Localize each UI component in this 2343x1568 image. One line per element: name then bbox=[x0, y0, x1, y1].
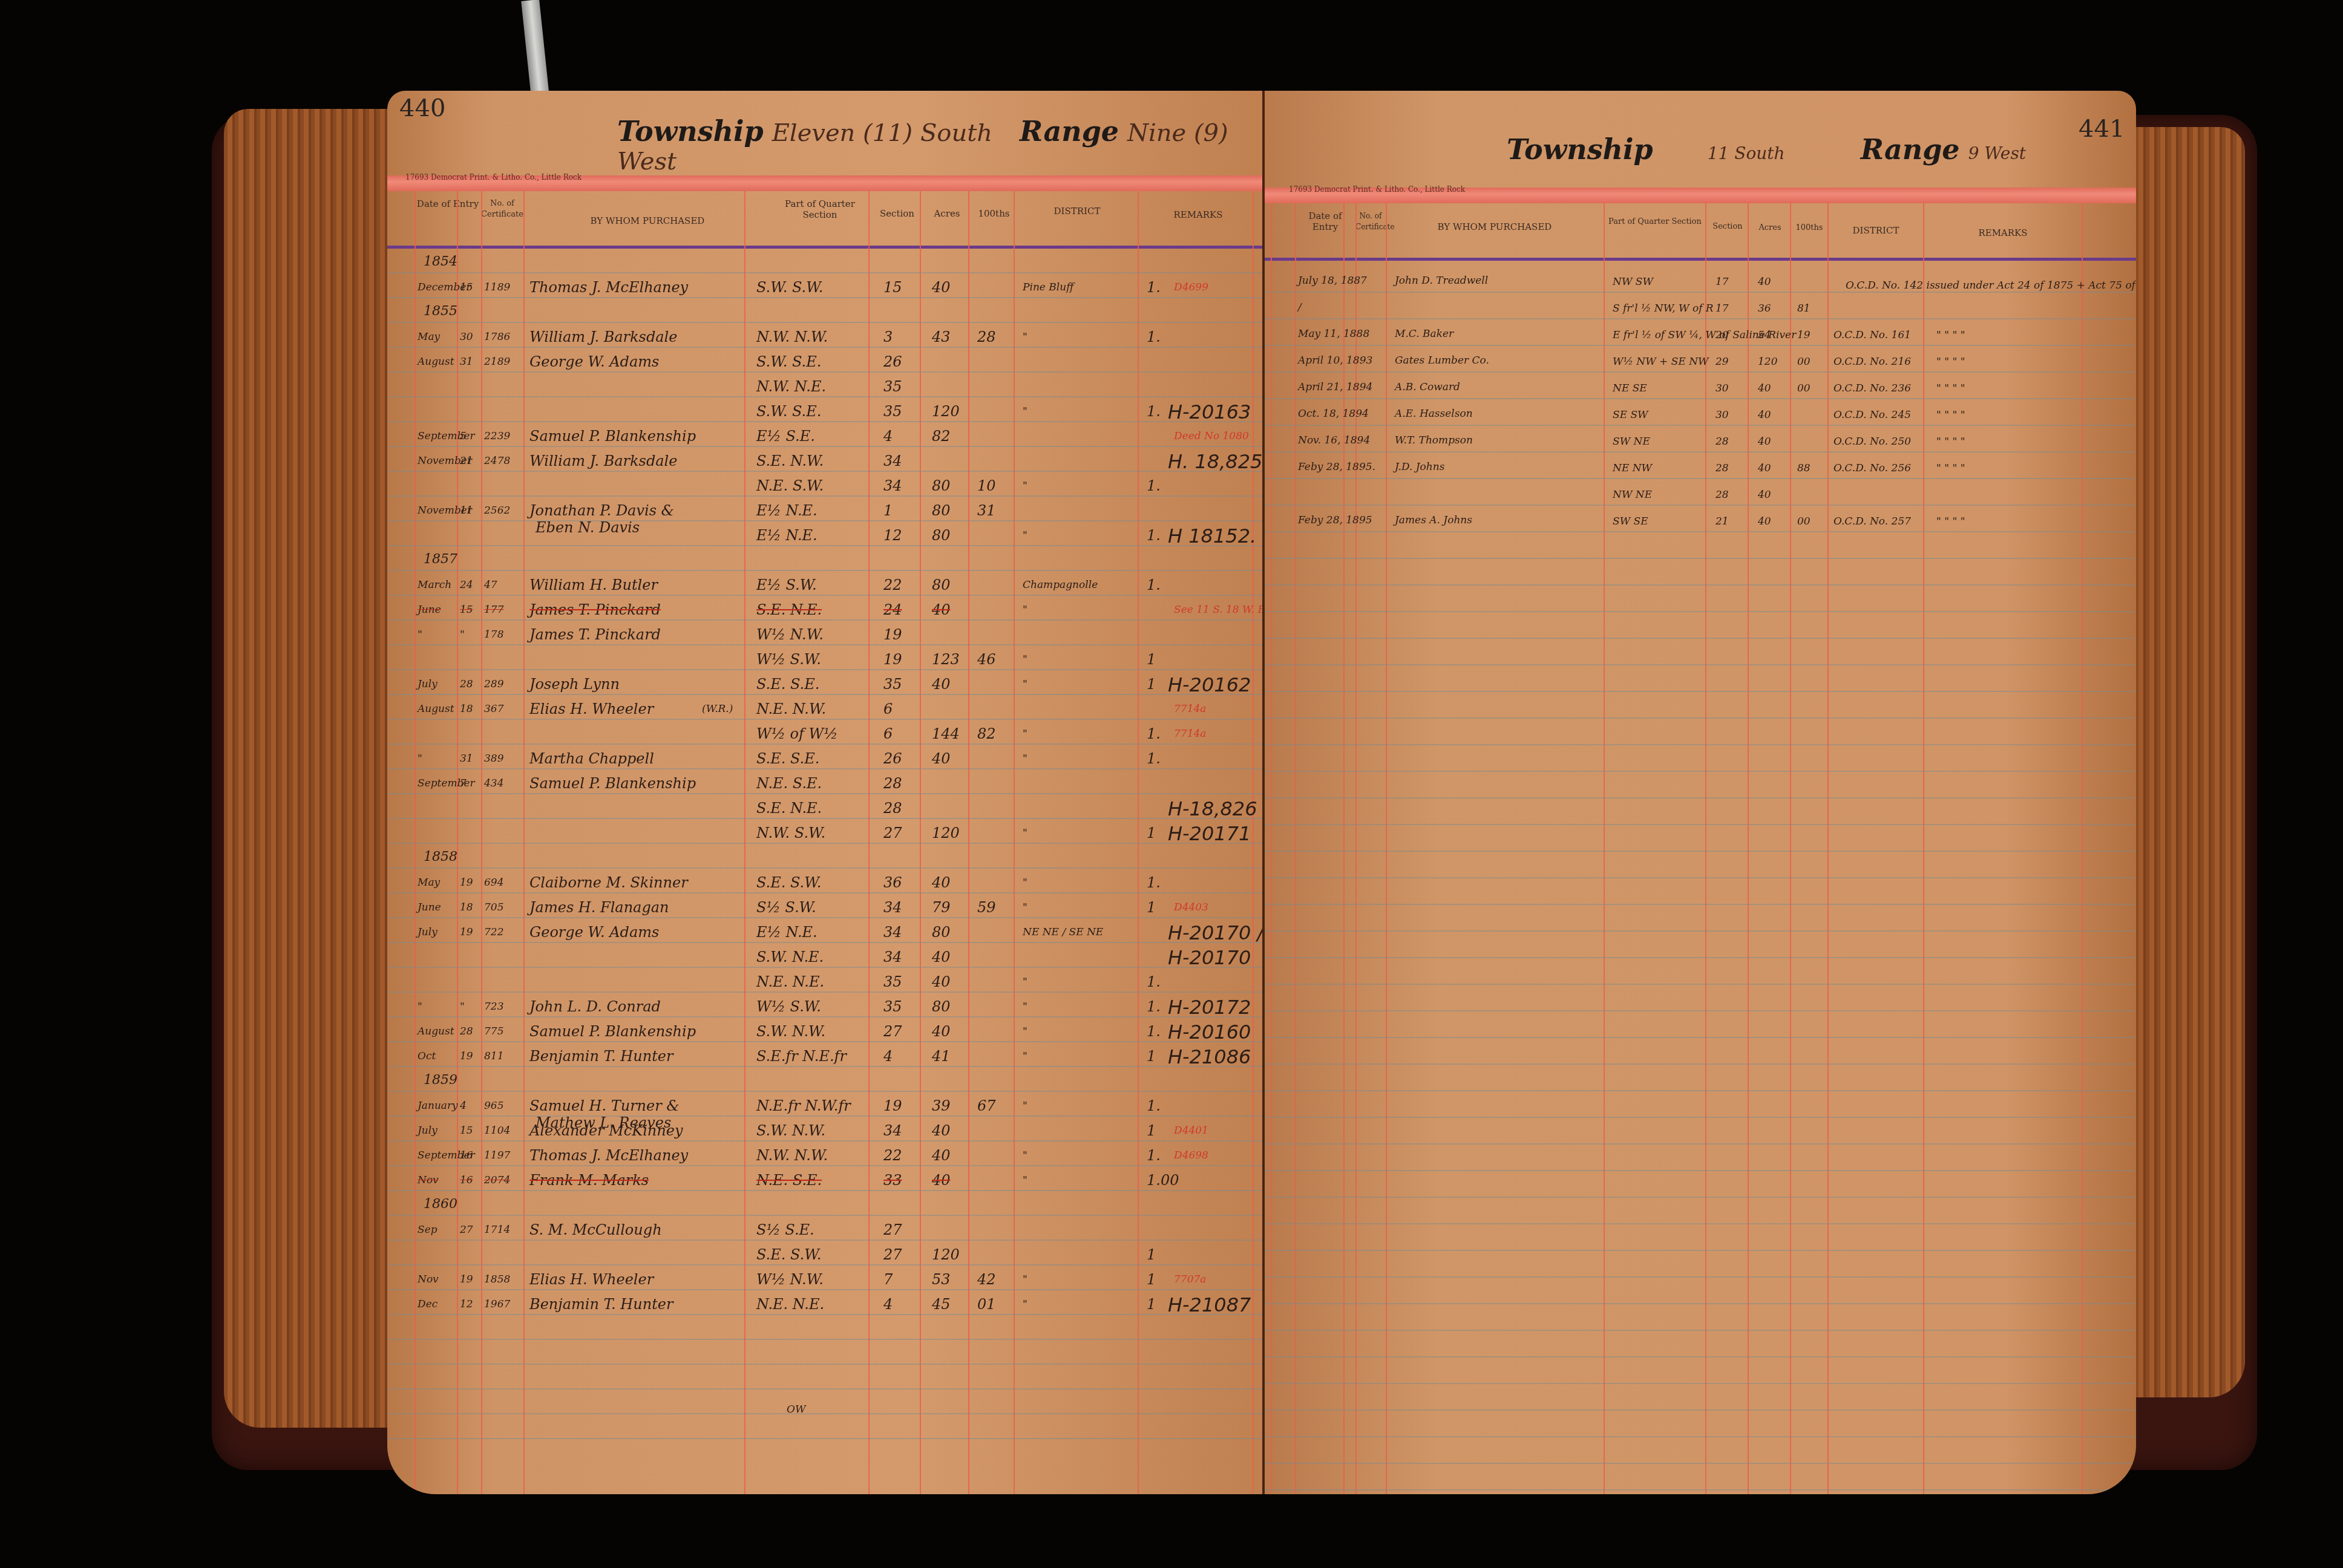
entry-month: " bbox=[418, 753, 422, 765]
printer-imprint: 17693 Democrat Print. & Litho. Co., Litt… bbox=[1289, 185, 1465, 194]
ruled-line bbox=[1265, 1010, 2136, 1011]
district: " bbox=[1023, 877, 1027, 889]
ruled-line bbox=[387, 570, 1265, 571]
hundredths: 42 bbox=[977, 1271, 996, 1288]
entry-day: 19 bbox=[460, 877, 473, 889]
col-district: DISTRICT bbox=[1017, 206, 1138, 217]
quarter-section: S.W. N.E. bbox=[756, 949, 824, 965]
ruled-line bbox=[1265, 851, 2136, 852]
acres: 40 bbox=[932, 1122, 951, 1139]
remarks-red-ink: D4699 bbox=[1174, 281, 1208, 293]
ruled-line bbox=[1265, 451, 2136, 452]
remarks: 1. bbox=[1147, 1097, 1161, 1114]
section-number: 28 bbox=[1715, 462, 1729, 474]
certificate-number: 705 bbox=[484, 901, 503, 913]
remarks: 1. bbox=[1147, 725, 1161, 742]
section-number: 19 bbox=[883, 651, 902, 668]
entry-day: 16 bbox=[460, 1174, 473, 1186]
acres: 123 bbox=[932, 651, 960, 668]
ruled-line bbox=[387, 892, 1265, 893]
ruled-line bbox=[387, 793, 1265, 794]
col-section: Section bbox=[1706, 221, 1749, 232]
ruled-line bbox=[387, 520, 1265, 521]
ruled-line bbox=[387, 991, 1265, 993]
entry-month: May bbox=[418, 331, 440, 343]
acres: 54 bbox=[1758, 329, 1771, 341]
ruled-line bbox=[1265, 1356, 2136, 1357]
remarks-h-number: H-18,826 bbox=[1168, 797, 1257, 820]
ruled-line bbox=[387, 446, 1265, 447]
section-number: 12 bbox=[883, 527, 902, 544]
purchaser-name: Samuel P. Blankenship bbox=[529, 428, 696, 445]
ruled-line bbox=[387, 1116, 1265, 1117]
acres: 120 bbox=[1758, 356, 1777, 368]
entry-date: April 21, 1894 bbox=[1298, 381, 1372, 393]
col-date-of-entry: Date of Entry bbox=[415, 198, 481, 209]
hundredths: 10 bbox=[977, 477, 996, 494]
township-range-title: Township11 South Range9 West bbox=[1507, 133, 2050, 166]
acres: 80 bbox=[932, 527, 951, 544]
entry-date: May 11, 1888 bbox=[1298, 328, 1369, 340]
remarks-red-ink: 7714a bbox=[1174, 728, 1206, 740]
purchaser-name: Benjamin T. Hunter bbox=[529, 1296, 673, 1313]
entry-month: Dec bbox=[418, 1298, 437, 1310]
ruled-line bbox=[1265, 984, 2136, 985]
township-value: 11 South bbox=[1708, 143, 1785, 163]
ruled-line bbox=[387, 619, 1265, 621]
col-remarks: REMARKS bbox=[1924, 227, 2082, 238]
entry-month: July bbox=[418, 926, 437, 938]
section-number: 17 bbox=[1715, 276, 1729, 288]
district: " bbox=[1023, 1001, 1027, 1013]
township-value: Eleven (11) South bbox=[772, 119, 992, 147]
section-number: 29 bbox=[1715, 356, 1729, 368]
remarks-h-number: H-20162 bbox=[1168, 673, 1251, 696]
district: Champagnolle bbox=[1023, 579, 1098, 591]
certificate-number: 47 bbox=[484, 579, 497, 591]
ruled-line bbox=[1265, 904, 2136, 905]
remarks-h-number: H-20170 / H-20161 bbox=[1168, 921, 1265, 944]
district: " bbox=[1023, 827, 1027, 839]
remarks: 1. bbox=[1147, 328, 1161, 345]
district: " bbox=[1023, 976, 1027, 988]
acres: 36 bbox=[1758, 302, 1771, 315]
col-by-whom-purchased: BY WHOM PURCHASED bbox=[532, 215, 762, 226]
ruled-line bbox=[387, 1066, 1265, 1067]
ruled-line bbox=[387, 1140, 1265, 1142]
section-number: 4 bbox=[883, 428, 893, 445]
ruled-line bbox=[1265, 824, 2136, 825]
remarks: 1. bbox=[1147, 403, 1161, 420]
quarter-section: E½ N.E. bbox=[756, 527, 818, 544]
certificate-number: 1714 bbox=[484, 1224, 510, 1236]
remarks: 1 bbox=[1147, 1122, 1156, 1139]
quarter-section: S.W. S.W. bbox=[756, 279, 823, 296]
purchaser-name: A.B. Coward bbox=[1395, 381, 1460, 393]
entry-day: 12 bbox=[460, 1298, 473, 1310]
col-certificate: No. of Certificate bbox=[1355, 211, 1386, 232]
remarks: 1 bbox=[1147, 899, 1156, 916]
purchaser-name: William H. Butler bbox=[529, 577, 658, 593]
quarter-section: N.E. S.W. bbox=[756, 477, 824, 494]
acres: 40 bbox=[932, 601, 951, 618]
remarks-red-ink: See 11 S. 18 W. Erroneously reported bbox=[1174, 604, 1265, 616]
ruled-line bbox=[387, 1165, 1265, 1166]
district: " bbox=[1023, 604, 1027, 616]
range-label: Range bbox=[1020, 115, 1119, 148]
printer-imprint: 17693 Democrat Print. & Litho. Co., Litt… bbox=[405, 173, 582, 181]
ruled-line bbox=[1265, 1197, 2136, 1198]
purchaser-name: James H. Flanagan bbox=[529, 899, 669, 916]
purchaser-name: Frank M. Marks bbox=[529, 1172, 649, 1189]
ruled-line bbox=[387, 1091, 1265, 1092]
col-district: DISTRICT bbox=[1827, 225, 1924, 236]
ruled-line bbox=[1265, 1143, 2136, 1145]
purchaser-name: William J. Barksdale bbox=[529, 328, 678, 345]
ruled-line bbox=[387, 371, 1265, 373]
section-number: 4 bbox=[883, 1048, 893, 1065]
district: " bbox=[1023, 405, 1027, 417]
entry-date: Nov. 16, 1894 bbox=[1298, 434, 1370, 446]
section-number: 35 bbox=[883, 378, 902, 395]
entry-day: 16 bbox=[460, 1149, 473, 1161]
entry-day: 18 bbox=[460, 703, 473, 715]
remarks: 1. bbox=[1147, 750, 1161, 767]
year-marker: 1857 bbox=[424, 552, 457, 567]
entry-day: 4 bbox=[460, 1100, 467, 1112]
remarks: 1. bbox=[1147, 279, 1161, 296]
entry-date: Oct. 18, 1894 bbox=[1298, 408, 1369, 420]
certificate-number: 389 bbox=[484, 753, 503, 765]
entry-month: Sep bbox=[418, 1224, 437, 1236]
acres: 80 bbox=[932, 577, 951, 593]
entry-month: June bbox=[418, 604, 441, 616]
quarter-section: S.W. S.E. bbox=[756, 353, 821, 370]
district: " bbox=[1023, 901, 1027, 913]
district: " bbox=[1023, 1298, 1027, 1310]
ruled-line bbox=[387, 396, 1265, 397]
purchaser-name: Benjamin T. Hunter bbox=[529, 1048, 673, 1065]
district: " bbox=[1023, 529, 1027, 541]
certificate-number: 2239 bbox=[484, 430, 510, 442]
section-number: 33 bbox=[883, 1172, 902, 1189]
acres: 45 bbox=[932, 1296, 951, 1313]
entry-day: " bbox=[460, 629, 465, 641]
section-number: 30 bbox=[1715, 409, 1729, 421]
acres: 40 bbox=[932, 949, 951, 965]
entry-day: 28 bbox=[460, 678, 473, 690]
section-number: 30 bbox=[1715, 382, 1729, 394]
entry-day: 5 bbox=[460, 430, 467, 442]
certificate-number: 2478 bbox=[484, 455, 510, 467]
entry-month: May bbox=[418, 877, 440, 889]
certificate-number: 723 bbox=[484, 1001, 503, 1013]
acres: 40 bbox=[1758, 276, 1771, 288]
entry-day: 21 bbox=[460, 455, 473, 467]
ruled-line bbox=[1265, 345, 2136, 346]
remarks: 1. bbox=[1147, 577, 1161, 593]
purchaser-name: Elias H. Wheeler bbox=[529, 701, 654, 717]
col-certificate: No. of Certificate bbox=[481, 198, 523, 220]
ruled-line bbox=[387, 1016, 1265, 1018]
ruled-line bbox=[1265, 1303, 2136, 1304]
ruled-line bbox=[387, 471, 1265, 472]
quarter-section: N.E. S.E. bbox=[756, 775, 822, 792]
ruled-line bbox=[387, 867, 1265, 869]
section-number: 22 bbox=[883, 1147, 902, 1164]
purchaser-name: A.E. Hasselson bbox=[1395, 408, 1473, 420]
certificate-number: 2562 bbox=[484, 505, 510, 517]
district: O.C.D. No. 216 bbox=[1833, 356, 1911, 368]
certificate-number: 1104 bbox=[484, 1125, 510, 1137]
ruled-line bbox=[387, 1264, 1265, 1266]
certificate-number: 694 bbox=[484, 877, 503, 889]
acres: 40 bbox=[932, 1172, 951, 1189]
ruled-line bbox=[1265, 1383, 2136, 1384]
section-number: 4 bbox=[883, 1296, 893, 1313]
quarter-section: N.W. N.E. bbox=[756, 378, 826, 395]
entry-month: " bbox=[418, 1001, 422, 1013]
remarks: 1. bbox=[1147, 1147, 1161, 1164]
ruled-line bbox=[1265, 1436, 2136, 1437]
district: O.C.D. No. 256 bbox=[1833, 462, 1911, 474]
acres: 79 bbox=[932, 899, 951, 916]
ruled-line bbox=[387, 967, 1265, 968]
col-part-of-quarter-section: Part of Quarter Section bbox=[768, 198, 871, 220]
col-section: Section bbox=[871, 208, 923, 219]
quarter-section: S.E. S.W. bbox=[756, 874, 821, 891]
ruled-line bbox=[387, 297, 1265, 298]
entry-date: Feby 28, 1895 bbox=[1298, 514, 1372, 526]
district: O.C.D. No. 245 bbox=[1833, 409, 1911, 421]
entry-day: " bbox=[460, 1001, 465, 1013]
entry-day: 15 bbox=[460, 1125, 473, 1137]
section-number: 17 bbox=[1715, 302, 1729, 315]
acres: 40 bbox=[932, 750, 951, 767]
entry-day: 15 bbox=[460, 281, 473, 293]
quarter-section: S fr'l ½ NW, W of R bbox=[1613, 302, 1714, 315]
column-header-row: Date of Entry No. of Certificate BY WHOM… bbox=[387, 191, 1265, 249]
acres: 40 bbox=[1758, 436, 1771, 448]
remarks: 1. bbox=[1147, 973, 1161, 990]
right-page: 441 Township11 South Range9 West 17693 D… bbox=[1265, 91, 2136, 1494]
section-number: 7 bbox=[883, 1271, 893, 1288]
ruled-line bbox=[1265, 1250, 2136, 1251]
township-range-title: TownshipEleven (11) South RangeNine (9) … bbox=[617, 115, 1265, 175]
certificate-number: 434 bbox=[484, 777, 503, 789]
purchaser-name: Claiborne M. Skinner bbox=[529, 874, 688, 891]
quarter-section: S.E. N.E. bbox=[756, 800, 822, 817]
section-number: 26 bbox=[883, 353, 902, 370]
acres: 120 bbox=[932, 1246, 960, 1263]
section-number: 6 bbox=[883, 725, 893, 742]
ruled-line bbox=[387, 1438, 1265, 1439]
section-number: 27 bbox=[883, 1023, 902, 1040]
township-label: Township bbox=[617, 115, 764, 148]
purchaser-name: James T. Pinckard bbox=[529, 601, 661, 618]
certificate-number: 722 bbox=[484, 926, 503, 938]
entry-month: August bbox=[418, 1025, 454, 1037]
ruled-line bbox=[1265, 531, 2136, 532]
ruled-line bbox=[387, 1314, 1265, 1315]
year-marker: 1858 bbox=[424, 849, 457, 864]
section-number: 36 bbox=[883, 874, 902, 891]
quarter-section: SW SE bbox=[1613, 515, 1648, 528]
remarks-red-ink: 7714a bbox=[1174, 703, 1206, 715]
acres: 53 bbox=[932, 1271, 951, 1288]
remarks-h-number: H-20160 bbox=[1168, 1021, 1251, 1044]
ruled-line bbox=[387, 421, 1265, 422]
ruled-line bbox=[1265, 744, 2136, 745]
hundredths: 59 bbox=[977, 899, 996, 916]
quarter-section: W½ N.W. bbox=[756, 1271, 824, 1288]
quarter-section: W½ NW + SE NW bbox=[1613, 356, 1709, 368]
purchaser-name: Thomas J. McElhaney bbox=[529, 279, 688, 296]
ruled-line bbox=[387, 1240, 1265, 1241]
section-number: 19 bbox=[883, 1097, 902, 1114]
page-edges-right bbox=[2124, 127, 2245, 1397]
district: " bbox=[1023, 728, 1027, 740]
quarter-section: E½ N.E. bbox=[756, 924, 818, 941]
acres: 80 bbox=[932, 924, 951, 941]
remarks: 1 bbox=[1147, 676, 1156, 693]
hundredths: 31 bbox=[977, 502, 996, 519]
entry-date: April 10, 1893 bbox=[1298, 354, 1372, 367]
acres: 40 bbox=[932, 279, 951, 296]
ruled-line bbox=[387, 1364, 1265, 1365]
col-hundredths: 100ths bbox=[971, 208, 1017, 219]
quarter-section: N.E. N.E. bbox=[756, 973, 824, 990]
entry-day: 28 bbox=[460, 1025, 473, 1037]
hundredths: 82 bbox=[977, 725, 996, 742]
hundredths: 01 bbox=[977, 1296, 996, 1313]
certificate-number: 289 bbox=[484, 678, 503, 690]
quarter-section: W½ of W½ bbox=[756, 725, 837, 742]
ruled-line bbox=[387, 1388, 1265, 1390]
section-number: 35 bbox=[883, 998, 902, 1015]
remarks: 1. bbox=[1147, 527, 1161, 544]
hundredths: 88 bbox=[1797, 462, 1810, 474]
remarks-red-ink: 7707a bbox=[1174, 1273, 1206, 1285]
acres: 40 bbox=[932, 973, 951, 990]
certificate-number: 177 bbox=[484, 604, 503, 616]
section-number: 22 bbox=[883, 577, 902, 593]
ruled-line bbox=[1265, 318, 2136, 319]
district: " bbox=[1023, 653, 1027, 665]
remarks: " " " " bbox=[1936, 409, 1965, 421]
purchaser-name: Samuel P. Blankenship bbox=[529, 775, 696, 792]
hundredths: 19 bbox=[1797, 329, 1810, 341]
col-date-of-entry: Date of Entry bbox=[1295, 211, 1355, 232]
entry-month: June bbox=[418, 901, 441, 913]
ruled-line bbox=[1265, 717, 2136, 719]
district: " bbox=[1023, 331, 1027, 343]
section-number: 28 bbox=[1715, 436, 1729, 448]
metal-page-clip bbox=[521, 0, 550, 103]
remarks: 1. bbox=[1147, 1023, 1161, 1040]
col-acres: Acres bbox=[1749, 223, 1791, 234]
district: " bbox=[1023, 753, 1027, 765]
quarter-section: S.W. S.E. bbox=[756, 403, 821, 420]
purchaser-name: Martha Chappell bbox=[529, 750, 654, 767]
remarks: 1. bbox=[1147, 477, 1161, 494]
acres: 40 bbox=[932, 874, 951, 891]
certificate-number: 1189 bbox=[484, 281, 510, 293]
ruled-line bbox=[1265, 771, 2136, 772]
ruled-line bbox=[1265, 1223, 2136, 1224]
ruled-line bbox=[387, 347, 1265, 348]
purchaser-name: Alexander McKinney bbox=[529, 1122, 683, 1139]
certificate-number: 367 bbox=[484, 703, 503, 715]
acres: 80 bbox=[932, 998, 951, 1015]
hundredths: 81 bbox=[1797, 302, 1810, 315]
purchaser-name: George W. Adams bbox=[529, 353, 659, 370]
hundredths: 00 bbox=[1797, 382, 1810, 394]
section-number: 27 bbox=[883, 1246, 902, 1263]
remarks: " " " " bbox=[1936, 436, 1965, 448]
section-number: 28 bbox=[883, 775, 902, 792]
ruled-line bbox=[387, 272, 1265, 273]
section-number: 27 bbox=[883, 1221, 902, 1238]
district: " bbox=[1023, 1149, 1027, 1161]
column-header-row: Date of Entry No. of Certificate BY WHOM… bbox=[1265, 203, 2136, 261]
purchaser-name: James A. Johns bbox=[1395, 514, 1472, 526]
ruled-line bbox=[387, 545, 1265, 546]
quarter-section: S.W. N.W. bbox=[756, 1122, 825, 1139]
entry-month: Oct bbox=[418, 1050, 436, 1062]
remarks-h-number: H 18152. bbox=[1168, 524, 1256, 547]
entry-date: Feby 28, 1895. bbox=[1298, 461, 1375, 473]
entry-month: Nov bbox=[418, 1174, 439, 1186]
ruled-line bbox=[1265, 398, 2136, 399]
section-number: 6 bbox=[883, 701, 893, 717]
purchaser-name: W.T. Thompson bbox=[1395, 434, 1473, 446]
purchaser-name-2: Eben N. Davis bbox=[536, 519, 640, 536]
entry-month: August bbox=[418, 356, 454, 368]
certificate-number: 1786 bbox=[484, 331, 510, 343]
remarks: 1 bbox=[1147, 651, 1156, 668]
quarter-section: S.E.fr N.E.fr bbox=[756, 1048, 847, 1065]
hundredths: 28 bbox=[977, 328, 996, 345]
ruled-line bbox=[387, 942, 1265, 943]
acres: 144 bbox=[932, 725, 960, 742]
district: O.C.D. No. 257 bbox=[1833, 515, 1911, 528]
district: " bbox=[1023, 1174, 1027, 1186]
entry-day: 19 bbox=[460, 926, 473, 938]
year-marker: 1855 bbox=[424, 304, 457, 319]
quarter-section: N.W. S.W. bbox=[756, 825, 825, 841]
hundredths: 00 bbox=[1797, 515, 1810, 528]
page-edges-left bbox=[224, 109, 405, 1428]
section-number: 19 bbox=[883, 626, 902, 643]
acres: 40 bbox=[932, 1147, 951, 1164]
ruled-line bbox=[387, 495, 1265, 497]
quarter-section: NE SE bbox=[1613, 382, 1647, 394]
quarter-section: NW NE bbox=[1613, 489, 1652, 501]
year-marker: 1854 bbox=[424, 254, 457, 269]
section-number: 35 bbox=[883, 403, 902, 420]
purchaser-name: Joseph Lynn bbox=[529, 676, 620, 693]
quarter-section: E½ S.E. bbox=[756, 428, 815, 445]
ruled-line bbox=[1265, 425, 2136, 426]
entry-month: July bbox=[418, 1125, 437, 1137]
entry-month: Nov bbox=[418, 1273, 439, 1285]
left-page: 440 TownshipEleven (11) South RangeNine … bbox=[387, 91, 1265, 1494]
ruled-line bbox=[1265, 292, 2136, 293]
purchaser-name: S. M. McCullough bbox=[529, 1221, 662, 1238]
ruled-line bbox=[387, 669, 1265, 670]
remarks: " " " " bbox=[1936, 462, 1965, 474]
